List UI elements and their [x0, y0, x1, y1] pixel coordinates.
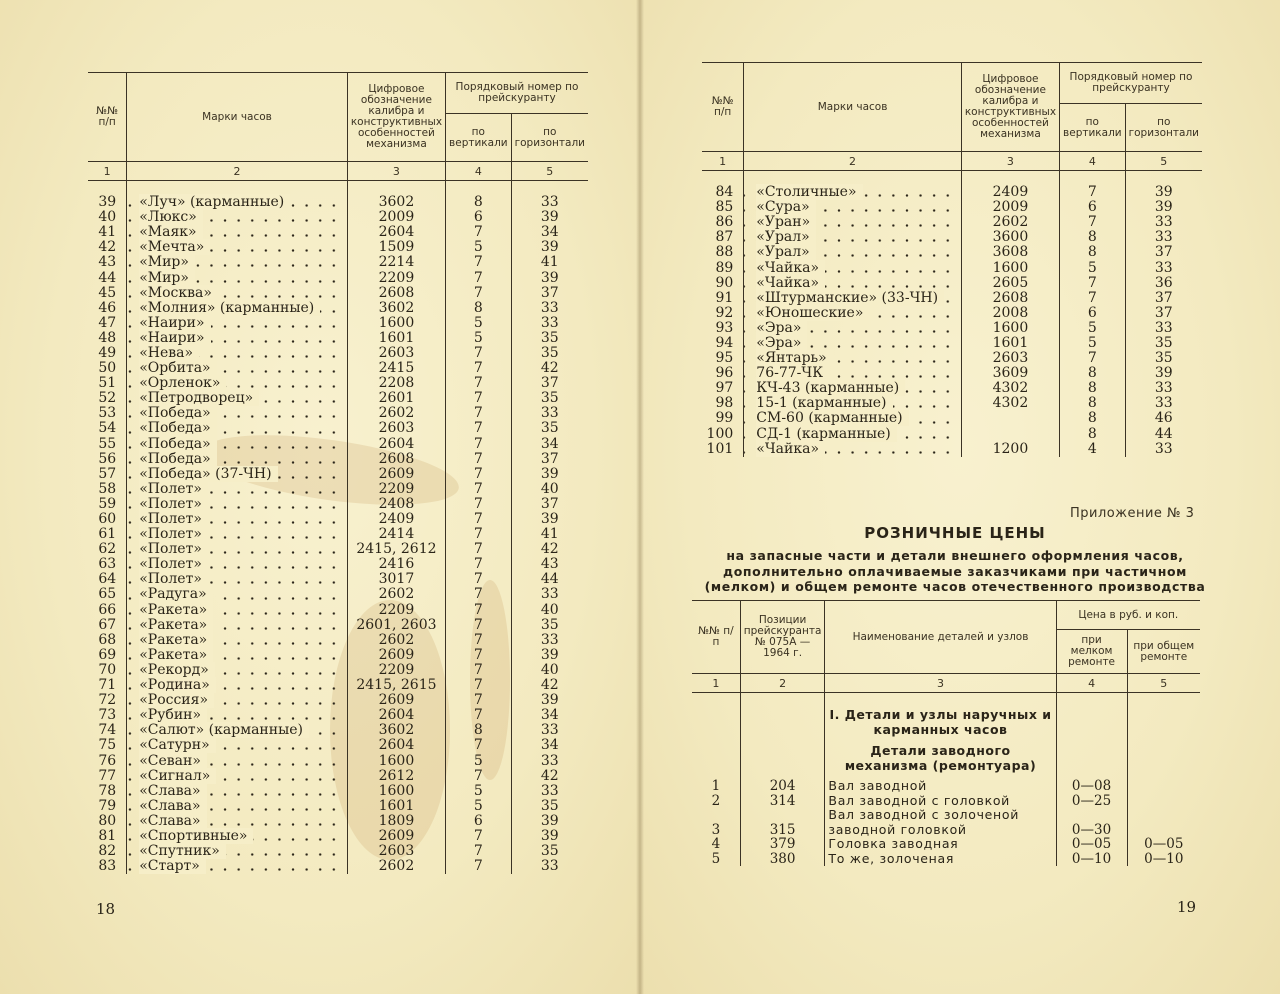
- row-number: 58: [88, 482, 127, 497]
- vertical-index: 7: [446, 346, 512, 361]
- caliber-code: 2604: [347, 708, 445, 723]
- table-row: 65«Радуга»2602733: [88, 587, 588, 602]
- vertical-index: 7: [1060, 185, 1126, 200]
- watch-brand: «Ракета»: [127, 633, 348, 648]
- table-row: 39«Луч» (карманные)3602833: [88, 195, 588, 210]
- part-name: Вал заводной: [825, 779, 1056, 794]
- vertical-index: 7: [446, 648, 512, 663]
- caliber-code: 2208: [347, 376, 445, 391]
- caliber-code: 2609: [347, 648, 445, 663]
- table-row: 67«Ракета»2601, 2603735: [88, 618, 588, 633]
- row-number: 84: [702, 185, 744, 200]
- row-number: 64: [88, 572, 127, 587]
- vertical-index: 7: [446, 618, 512, 633]
- table-row: 45«Москва»2608737: [88, 286, 588, 301]
- row-number: 50: [88, 361, 127, 376]
- watch-brand: «Полет»: [127, 542, 348, 557]
- row-number: 95: [702, 351, 744, 366]
- caliber-code: 1601: [347, 799, 445, 814]
- caliber-code: 3608: [961, 245, 1059, 260]
- price-small-repair: 0—10: [1056, 852, 1127, 867]
- watch-brand: «Победа» (37-ЧН): [127, 467, 348, 482]
- row-number: 48: [88, 331, 127, 346]
- watch-brand: «Эра»: [744, 336, 962, 351]
- price-small-repair: 0—25: [1056, 794, 1127, 809]
- row-number: 78: [88, 784, 127, 799]
- watch-brand: «Радуга»: [127, 587, 348, 602]
- caliber-code: 2601: [347, 391, 445, 406]
- horizontal-index: 33: [1125, 230, 1202, 245]
- caliber-code: 2609: [347, 467, 445, 482]
- vertical-index: 8: [446, 301, 512, 316]
- table-row: 48«Наири»1601535: [88, 331, 588, 346]
- col-header-vertical: по вертикали: [446, 114, 512, 162]
- watch-brand: «Штурманские» (33-ЧН): [744, 291, 962, 306]
- table-row: 57«Победа» (37-ЧН)2609739: [88, 467, 588, 482]
- table-row: 75«Сатурн»2604734: [88, 738, 588, 753]
- col-index: 1: [692, 674, 740, 693]
- caliber-code: 3602: [347, 195, 445, 210]
- table-row: 40«Люкс»2009639: [88, 210, 588, 225]
- horizontal-index: 37: [511, 376, 588, 391]
- watch-brand: «Победа»: [127, 437, 348, 452]
- watch-brand: «Старт»: [127, 859, 348, 874]
- col-header-part-name: Наименование деталей и узлов: [825, 601, 1056, 674]
- table-row: 59«Полет»2408737: [88, 497, 588, 512]
- caliber-code: 2209: [347, 663, 445, 678]
- watch-brand: СД-1 (карманные): [744, 427, 962, 442]
- horizontal-index: 35: [1125, 336, 1202, 351]
- row-number: 96: [702, 366, 744, 381]
- watch-brand: «Чайка»: [744, 260, 962, 275]
- vertical-index: 7: [446, 572, 512, 587]
- vertical-index: 7: [446, 587, 512, 602]
- caliber-code: 2602: [347, 859, 445, 874]
- caliber-code: 2609: [347, 693, 445, 708]
- row-number: 75: [88, 738, 127, 753]
- caliber-code: 4302: [961, 381, 1059, 396]
- watch-brand: «Наири»: [127, 331, 348, 346]
- vertical-index: 7: [446, 769, 512, 784]
- watch-brand: «Чайка»: [744, 276, 962, 291]
- watch-brand: «Победа»: [127, 421, 348, 436]
- table-row: 85«Сура»2009639: [702, 200, 1202, 215]
- horizontal-index: 33: [511, 753, 588, 768]
- row-number: 76: [88, 753, 127, 768]
- section-title: РОЗНИЧНЫЕ ЦЕНЫ: [700, 524, 1210, 542]
- horizontal-index: 39: [511, 467, 588, 482]
- col-index: 2: [127, 162, 348, 181]
- row-number: 70: [88, 663, 127, 678]
- table-row: 43«Мир»2214741: [88, 255, 588, 270]
- caliber-code: 1601: [961, 336, 1059, 351]
- watch-brand: «Наири»: [127, 316, 348, 331]
- caliber-code: 3600: [961, 230, 1059, 245]
- watch-brand: «Рекорд»: [127, 663, 348, 678]
- caliber-code: 2608: [347, 452, 445, 467]
- row-number: 55: [88, 437, 127, 452]
- table-row: 55«Победа»2604734: [88, 437, 588, 452]
- row-number: 61: [88, 527, 127, 542]
- caliber-code: 1200: [961, 442, 1059, 457]
- vertical-index: 7: [446, 829, 512, 844]
- vertical-index: 7: [446, 376, 512, 391]
- caliber-code: 2603: [347, 421, 445, 436]
- horizontal-index: 35: [511, 799, 588, 814]
- row-number: 63: [88, 557, 127, 572]
- watch-brand: «Полет»: [127, 497, 348, 512]
- table-row: 9676-77-ЧК3609839: [702, 366, 1202, 381]
- subtitle-line: дополнительно оплачиваемые заказчиками п…: [700, 564, 1210, 580]
- horizontal-index: 33: [511, 316, 588, 331]
- vertical-index: 7: [446, 633, 512, 648]
- watch-brand: «Родина»: [127, 678, 348, 693]
- vertical-index: 7: [446, 512, 512, 527]
- horizontal-index: 39: [1125, 366, 1202, 381]
- horizontal-index: 41: [511, 527, 588, 542]
- caliber-code: 2415: [347, 361, 445, 376]
- watch-brand: «Полет»: [127, 527, 348, 542]
- row-number: 60: [88, 512, 127, 527]
- horizontal-index: 33: [1125, 396, 1202, 411]
- table-row: 92«Юношеские»2008637: [702, 306, 1202, 321]
- vertical-index: 7: [446, 286, 512, 301]
- horizontal-index: 39: [511, 693, 588, 708]
- vertical-index: 5: [446, 240, 512, 255]
- page-number-left: 18: [96, 900, 115, 918]
- caliber-code: 2604: [347, 738, 445, 753]
- pricelist-position: 379: [740, 837, 825, 852]
- table-row: 60«Полет»2409739: [88, 512, 588, 527]
- row-number: 83: [88, 859, 127, 874]
- book-gutter: [636, 0, 644, 994]
- vertical-index: 5: [446, 316, 512, 331]
- horizontal-index: 33: [511, 784, 588, 799]
- row-number: 72: [88, 693, 127, 708]
- vertical-index: 6: [446, 210, 512, 225]
- row-number: 80: [88, 814, 127, 829]
- watch-brand: «Спортивные»: [127, 829, 348, 844]
- caliber-code: 1600: [961, 260, 1059, 275]
- vertical-index: 8: [1060, 396, 1126, 411]
- caliber-code: 2605: [961, 276, 1059, 291]
- table-row: 94«Эра»1601535: [702, 336, 1202, 351]
- watch-brand: «Спутник»: [127, 844, 348, 859]
- table-row: 78«Слава»1600533: [88, 784, 588, 799]
- price-small-repair: 0—08: [1056, 779, 1127, 794]
- horizontal-index: 37: [511, 286, 588, 301]
- caliber-code: 2409: [961, 185, 1059, 200]
- watch-brand: «Столичные»: [744, 185, 962, 200]
- vertical-index: 4: [1060, 442, 1126, 457]
- watch-brand: «Полет»: [127, 512, 348, 527]
- table-row: 58«Полет»2209740: [88, 482, 588, 497]
- table-row: 89«Чайка»1600533: [702, 260, 1202, 275]
- price-small-repair: 0—30: [1056, 808, 1127, 837]
- horizontal-index: 33: [1125, 260, 1202, 275]
- vertical-index: 7: [446, 542, 512, 557]
- row-number: 67: [88, 618, 127, 633]
- horizontal-index: 37: [1125, 291, 1202, 306]
- col-header-position: Позиции прейскуранта № 075А — 1964 г.: [740, 601, 825, 674]
- row-number: 42: [88, 240, 127, 255]
- pricelist-position: 314: [740, 794, 825, 809]
- horizontal-index: 41: [511, 255, 588, 270]
- pricelist-position: 380: [740, 852, 825, 867]
- horizontal-index: 42: [511, 678, 588, 693]
- caliber-code: 1809: [347, 814, 445, 829]
- row-number: 49: [88, 346, 127, 361]
- col-header-caliber: Цифровое обозначение калибра и конструкт…: [961, 63, 1059, 152]
- caliber-code: 3017: [347, 572, 445, 587]
- col-index: 4: [1056, 674, 1127, 693]
- caliber-code: 4302: [961, 396, 1059, 411]
- horizontal-index: 36: [1125, 276, 1202, 291]
- table-row: 95«Янтарь»2603735: [702, 351, 1202, 366]
- row-number: 66: [88, 603, 127, 618]
- col-index: 4: [446, 162, 512, 181]
- horizontal-index: 35: [511, 391, 588, 406]
- caliber-code: 2209: [347, 482, 445, 497]
- watch-brand: «Орленок»: [127, 376, 348, 391]
- row-number: 41: [88, 225, 127, 240]
- horizontal-index: 35: [511, 844, 588, 859]
- table-row: 84«Столичные»2409739: [702, 185, 1202, 200]
- table-row: 101«Чайка»1200433: [702, 442, 1202, 457]
- watch-brands-table-right: №№ п/п Марки часов Цифровое обозначение …: [702, 62, 1202, 457]
- row-number: 98: [702, 396, 744, 411]
- row-number: 3: [692, 808, 740, 837]
- row-number: 99: [702, 411, 744, 426]
- horizontal-index: 39: [511, 814, 588, 829]
- watch-brand: «Ракета»: [127, 618, 348, 633]
- horizontal-index: 34: [511, 225, 588, 240]
- watch-brand: «Полет»: [127, 482, 348, 497]
- vertical-index: 8: [1060, 381, 1126, 396]
- table-row: 100СД-1 (карманные)844: [702, 427, 1202, 442]
- table-row: 76«Севан»1600533: [88, 753, 588, 768]
- table-row: 83«Старт»2602733: [88, 859, 588, 874]
- caliber-code: 3602: [347, 723, 445, 738]
- table-row: 50«Орбита»2415742: [88, 361, 588, 376]
- vertical-index: 7: [1060, 351, 1126, 366]
- vertical-index: 5: [446, 753, 512, 768]
- horizontal-index: 40: [511, 482, 588, 497]
- caliber-code: [961, 411, 1059, 426]
- row-number: 40: [88, 210, 127, 225]
- price-table: №№ п/п Позиции прейскуранта № 075А — 196…: [692, 600, 1200, 866]
- price-general-repair: [1127, 808, 1200, 837]
- section-subtitle: на запасные части и детали внешнего офор…: [700, 548, 1210, 595]
- vertical-index: 7: [446, 467, 512, 482]
- vertical-index: 5: [446, 799, 512, 814]
- row-number: 45: [88, 286, 127, 301]
- horizontal-index: 39: [1125, 200, 1202, 215]
- vertical-index: 6: [1060, 306, 1126, 321]
- vertical-index: 7: [1060, 215, 1126, 230]
- caliber-code: 1509: [347, 240, 445, 255]
- horizontal-index: 33: [511, 301, 588, 316]
- caliber-code: 2603: [961, 351, 1059, 366]
- watch-brand: «Россия»: [127, 693, 348, 708]
- horizontal-index: 44: [511, 572, 588, 587]
- row-number: 92: [702, 306, 744, 321]
- table-row: 44«Мир»2209739: [88, 270, 588, 285]
- col-index: 5: [1125, 152, 1202, 171]
- row-number: 2: [692, 794, 740, 809]
- col-header-vertical: по вертикали: [1060, 104, 1126, 152]
- vertical-index: 5: [1060, 260, 1126, 275]
- row-number: 82: [88, 844, 127, 859]
- row-number: 71: [88, 678, 127, 693]
- table-row: 47«Наири»1600533: [88, 316, 588, 331]
- table-row: 54«Победа»2603735: [88, 421, 588, 436]
- vertical-index: 7: [446, 738, 512, 753]
- horizontal-index: 42: [511, 769, 588, 784]
- row-number: 43: [88, 255, 127, 270]
- caliber-code: [961, 427, 1059, 442]
- table-row: 77«Сигнал»2612742: [88, 769, 588, 784]
- caliber-code: 2414: [347, 527, 445, 542]
- section-heading: I. Детали и узлы наручных и карманных ча…: [825, 703, 1056, 743]
- row-number: 86: [702, 215, 744, 230]
- watch-brand: «Урал»: [744, 245, 962, 260]
- horizontal-index: 33: [1125, 381, 1202, 396]
- table-row: 72«Россия»2609739: [88, 693, 588, 708]
- horizontal-index: 39: [511, 240, 588, 255]
- table-row: 66«Ракета»2209740: [88, 603, 588, 618]
- vertical-index: 7: [446, 452, 512, 467]
- part-name: Вал заводной с головкой: [825, 794, 1056, 809]
- horizontal-index: 42: [511, 542, 588, 557]
- horizontal-index: 33: [511, 195, 588, 210]
- part-name: Головка заводная: [825, 837, 1056, 852]
- col-index: 4: [1060, 152, 1126, 171]
- horizontal-index: 44: [1125, 427, 1202, 442]
- horizontal-index: 43: [511, 557, 588, 572]
- row-number: 57: [88, 467, 127, 482]
- caliber-code: 3609: [961, 366, 1059, 381]
- subtitle-line: (мелком) и общем ремонте часов отечестве…: [700, 579, 1210, 595]
- vertical-index: 7: [446, 482, 512, 497]
- vertical-index: 7: [446, 361, 512, 376]
- row-number: 5: [692, 852, 740, 867]
- vertical-index: 7: [446, 406, 512, 421]
- price-general-repair: 0—05: [1127, 837, 1200, 852]
- col-index: 3: [961, 152, 1059, 171]
- table-row: 70«Рекорд»2209740: [88, 663, 588, 678]
- col-index: 5: [1127, 674, 1200, 693]
- horizontal-index: 33: [511, 406, 588, 421]
- col-index: 2: [744, 152, 962, 171]
- watch-brand: «Слава»: [127, 784, 348, 799]
- caliber-code: 2603: [347, 346, 445, 361]
- horizontal-index: 33: [1125, 442, 1202, 457]
- table-row: 99СМ-60 (карманные)846: [702, 411, 1202, 426]
- watch-brand: «Слава»: [127, 799, 348, 814]
- watch-brand: «Сигнал»: [127, 769, 348, 784]
- col-header-caliber: Цифровое обозначение калибра и конструкт…: [347, 73, 445, 162]
- vertical-index: 7: [446, 421, 512, 436]
- price-row: 5380То же, золоченая0—100—10: [692, 852, 1200, 867]
- watch-brand: «Нева»: [127, 346, 348, 361]
- table-row: 80«Слава»1809639: [88, 814, 588, 829]
- table-row: 81«Спортивные»2609739: [88, 829, 588, 844]
- col-header-brand: Марки часов: [744, 63, 962, 152]
- col-index: 5: [511, 162, 588, 181]
- caliber-code: 3602: [347, 301, 445, 316]
- caliber-code: 1601: [347, 331, 445, 346]
- horizontal-index: 37: [1125, 245, 1202, 260]
- table-row: 88«Урал»3608837: [702, 245, 1202, 260]
- table-row: 69«Ракета»2609739: [88, 648, 588, 663]
- horizontal-index: 39: [511, 210, 588, 225]
- table-row: 61«Полет»2414741: [88, 527, 588, 542]
- caliber-code: 2009: [961, 200, 1059, 215]
- horizontal-index: 33: [1125, 321, 1202, 336]
- vertical-index: 5: [446, 784, 512, 799]
- vertical-index: 7: [1060, 276, 1126, 291]
- row-number: 65: [88, 587, 127, 602]
- vertical-index: 8: [446, 723, 512, 738]
- watch-brand: 76-77-ЧК: [744, 366, 962, 381]
- row-number: 91: [702, 291, 744, 306]
- table-row: 49«Нева»2603735: [88, 346, 588, 361]
- row-number: 53: [88, 406, 127, 421]
- row-number: 46: [88, 301, 127, 316]
- vertical-index: 7: [446, 708, 512, 723]
- caliber-code: 2602: [347, 406, 445, 421]
- pricelist-position: 204: [740, 779, 825, 794]
- table-row: 79«Слава»1601535: [88, 799, 588, 814]
- horizontal-index: 35: [511, 421, 588, 436]
- horizontal-index: 34: [511, 437, 588, 452]
- row-number: 85: [702, 200, 744, 215]
- table-row: 46«Молния» (карманные)3602833: [88, 301, 588, 316]
- horizontal-index: 39: [511, 270, 588, 285]
- table-row: 68«Ракета»2602733: [88, 633, 588, 648]
- row-number: 87: [702, 230, 744, 245]
- subtitle-line: на запасные части и детали внешнего офор…: [700, 548, 1210, 564]
- table-row: 71«Родина»2415, 2615742: [88, 678, 588, 693]
- horizontal-index: 37: [1125, 306, 1202, 321]
- horizontal-index: 37: [511, 452, 588, 467]
- row-number: 59: [88, 497, 127, 512]
- caliber-code: 2209: [347, 603, 445, 618]
- horizontal-index: 42: [511, 361, 588, 376]
- horizontal-index: 35: [511, 346, 588, 361]
- vertical-index: 7: [446, 255, 512, 270]
- vertical-index: 6: [1060, 200, 1126, 215]
- caliber-code: 2008: [961, 306, 1059, 321]
- horizontal-index: 34: [511, 708, 588, 723]
- table-row: 51«Орленок»2208737: [88, 376, 588, 391]
- horizontal-index: 33: [511, 633, 588, 648]
- col-index: 1: [702, 152, 744, 171]
- caliber-code: 2601, 2603: [347, 618, 445, 633]
- watch-brand: «Москва»: [127, 286, 348, 301]
- caliber-code: 2409: [347, 512, 445, 527]
- page-number-right: 19: [1177, 898, 1196, 916]
- price-small-repair: 0—05: [1056, 837, 1127, 852]
- row-number: 77: [88, 769, 127, 784]
- caliber-code: 1600: [347, 316, 445, 331]
- caliber-code: 2415, 2615: [347, 678, 445, 693]
- caliber-code: 2603: [347, 844, 445, 859]
- caliber-code: 2214: [347, 255, 445, 270]
- row-number: 81: [88, 829, 127, 844]
- price-row: 4379Головка заводная0—050—05: [692, 837, 1200, 852]
